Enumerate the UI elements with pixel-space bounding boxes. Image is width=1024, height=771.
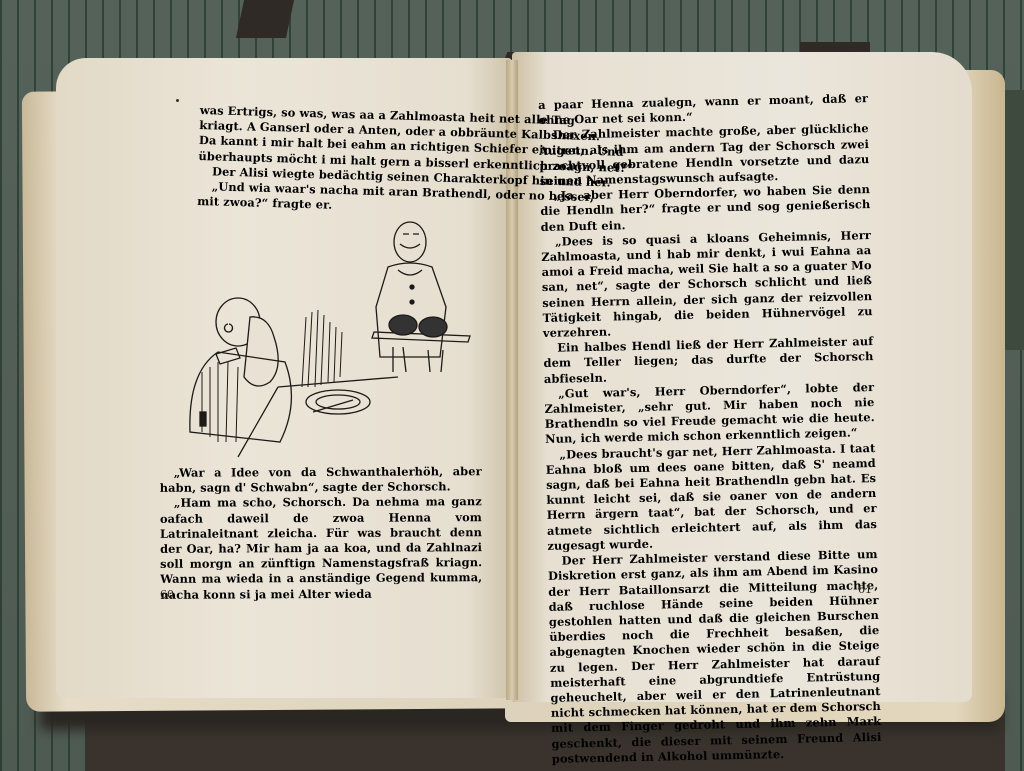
- left-page-bottom-text: „War a Idee von da Schwanthalerhöh, aber…: [160, 464, 483, 603]
- paragraph: „Ham ma scho, Schorsch. Da nehma ma ganz…: [160, 495, 483, 603]
- right-page-text: a paar Henna zualegn, wann er moant, daß…: [538, 91, 882, 767]
- paragraph: „Ja, aber Herr Oberndorfer, wo haben Sie…: [540, 182, 871, 235]
- page-number-right: 61: [858, 583, 872, 596]
- fabric-dark-patch: [236, 0, 294, 38]
- paragraph: Der Zahlmeister machte große, aber glück…: [539, 121, 870, 189]
- shadow-hatching: [302, 310, 342, 387]
- left-page-top-text: was Ertrigs, so was, was aa a Zahlmoasta…: [197, 103, 480, 217]
- page-speck: [176, 99, 179, 102]
- paragraph: „Dees braucht's gar net, Herr Zahlmoasta…: [545, 441, 877, 554]
- book-illustration: [188, 212, 478, 462]
- orderly-figure: [372, 222, 470, 372]
- officer-figure: [190, 298, 292, 442]
- paragraph: „Gut war's, Herr Oberndorfer“, lobte der…: [544, 380, 875, 448]
- paragraph: Der Herr Zahlmeister verstand diese Bitt…: [548, 547, 882, 767]
- paragraph: „Dees is so quasi a kloans Geheimnis, He…: [541, 228, 873, 341]
- paragraph: Ein halbes Hendl ließ der Herr Zahlmeist…: [543, 334, 874, 387]
- book-gutter: [506, 60, 518, 700]
- paragraph: „War a Idee von da Schwanthalerhöh, aber…: [160, 464, 482, 496]
- page-number-left: 60: [160, 588, 174, 601]
